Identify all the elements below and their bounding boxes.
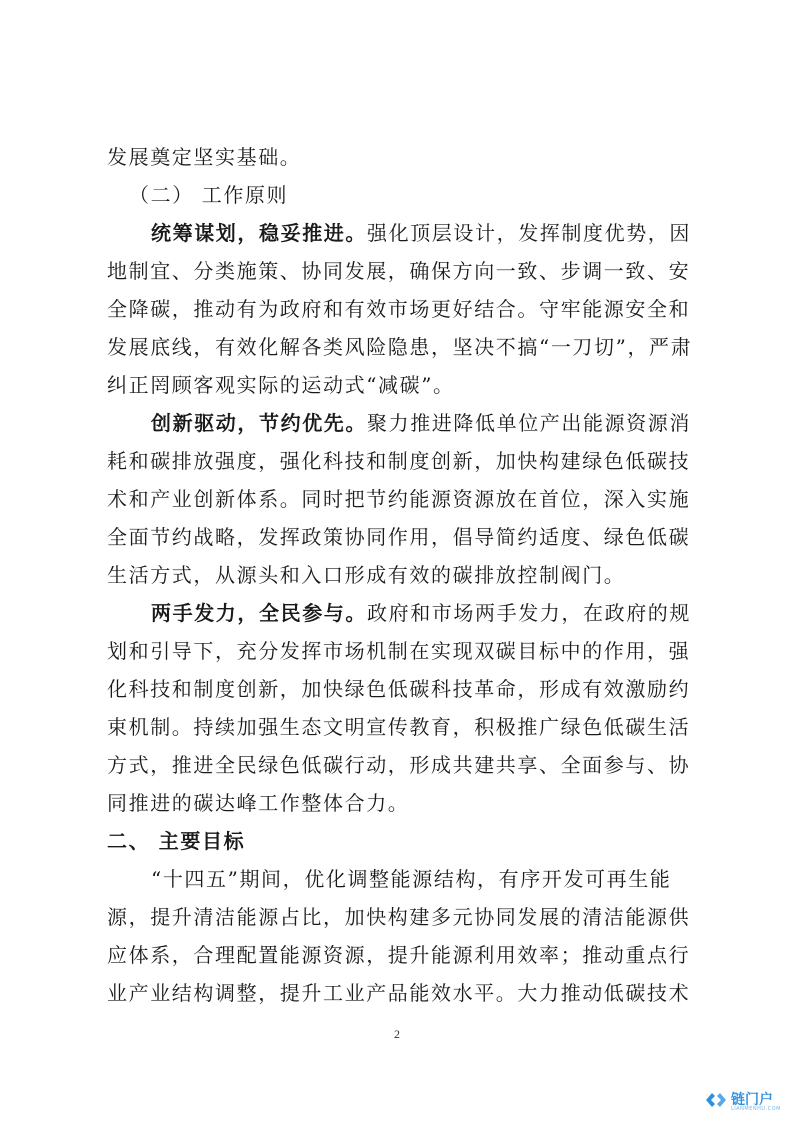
page-number: 2 (0, 1027, 794, 1042)
paragraph-line: 统筹谋划，稳妥推进。强化顶层设计，发挥制度优势，因 (107, 214, 697, 252)
paragraph-line: 划和引导下，充分发挥市场机制在实现双碳目标中的作用，强 (107, 632, 697, 670)
paragraph-line: 方式，推进全民绿色低碳行动，形成共建共享、全面参与、协 (107, 746, 697, 784)
paragraph-line: 发展奠定坚实基础。 (107, 138, 697, 176)
paragraph-line: 生活方式，从源头和入口形成有效的碳排放控制阀门。 (107, 556, 697, 594)
section-heading-work-principles: （二） 工作原则 (107, 176, 697, 214)
paragraph-line: 两手发力，全民参与。政府和市场两手发力，在政府的规 (107, 594, 697, 632)
paragraph-text: 聚力推进降低单位产出能源资源消 (367, 411, 691, 435)
paragraph-text: 强化顶层设计，发挥制度优势，因 (367, 221, 691, 245)
paragraph-line: 同推进的碳达峰工作整体合力。 (107, 784, 697, 822)
paragraph-line: 化科技和制度创新，加快绿色低碳科技革命，形成有效激励约 (107, 670, 697, 708)
principle-lead: 统筹谋划，稳妥推进。 (151, 221, 367, 245)
document-body: 发展奠定坚实基础。 （二） 工作原则 统筹谋划，稳妥推进。强化顶层设计，发挥制度… (107, 138, 697, 1012)
paragraph-line: 应体系，合理配置能源资源，提升能源利用效率；推动重点行 (107, 936, 697, 974)
paragraph-line: 业产业结构调整，提升工业产品能效水平。大力推动低碳技术 (107, 974, 697, 1012)
paragraph-line: 发展底线，有效化解各类风险隐患，坚决不搞“一刀切”，严肃 (107, 328, 697, 366)
paragraph-line: 地制宜、分类施策、协同发展，确保方向一致、步调一致、安 (107, 252, 697, 290)
paragraph-line: 全面节约战略，发挥政策协同作用，倡导简约适度、绿色低碳 (107, 518, 697, 556)
principle-lead: 创新驱动，节约优先。 (151, 411, 367, 435)
principle-lead: 两手发力，全民参与。 (151, 601, 367, 625)
paragraph-line: 全降碳，推动有为政府和有效市场更好结合。守牢能源安全和 (107, 290, 697, 328)
paragraph-line: 纠正罔顾客观实际的运动式“减碳”。 (107, 366, 697, 404)
section-heading-main-goals: 二、 主要目标 (107, 822, 697, 860)
paragraph-line: “十四五”期间，优化调整能源结构，有序开发可再生能 (107, 860, 697, 898)
paragraph-line: 源，提升清洁能源占比，加快构建多元协同发展的清洁能源供 (107, 898, 697, 936)
watermark-main: 链门户 (731, 1093, 781, 1107)
paragraph-line: 创新驱动，节约优先。聚力推进降低单位产出能源资源消 (107, 404, 697, 442)
diamond-logo-icon (705, 1091, 727, 1113)
paragraph-text: 政府和市场两手发力，在政府的规 (367, 601, 691, 625)
watermark-text: 链门户 LIANMENHU.COM (731, 1093, 781, 1112)
paragraph-line: 耗和碳排放强度，强化科技和制度创新，加快构建绿色低碳技 (107, 442, 697, 480)
paragraph-line: 束机制。持续加强生态文明宣传教育，积极推广绿色低碳生活 (107, 708, 697, 746)
watermark-sub: LIANMENHU.COM (731, 1107, 781, 1112)
watermark-logo: 链门户 LIANMENHU.COM (705, 1091, 781, 1113)
paragraph-line: 术和产业创新体系。同时把节约能源资源放在首位，深入实施 (107, 480, 697, 518)
